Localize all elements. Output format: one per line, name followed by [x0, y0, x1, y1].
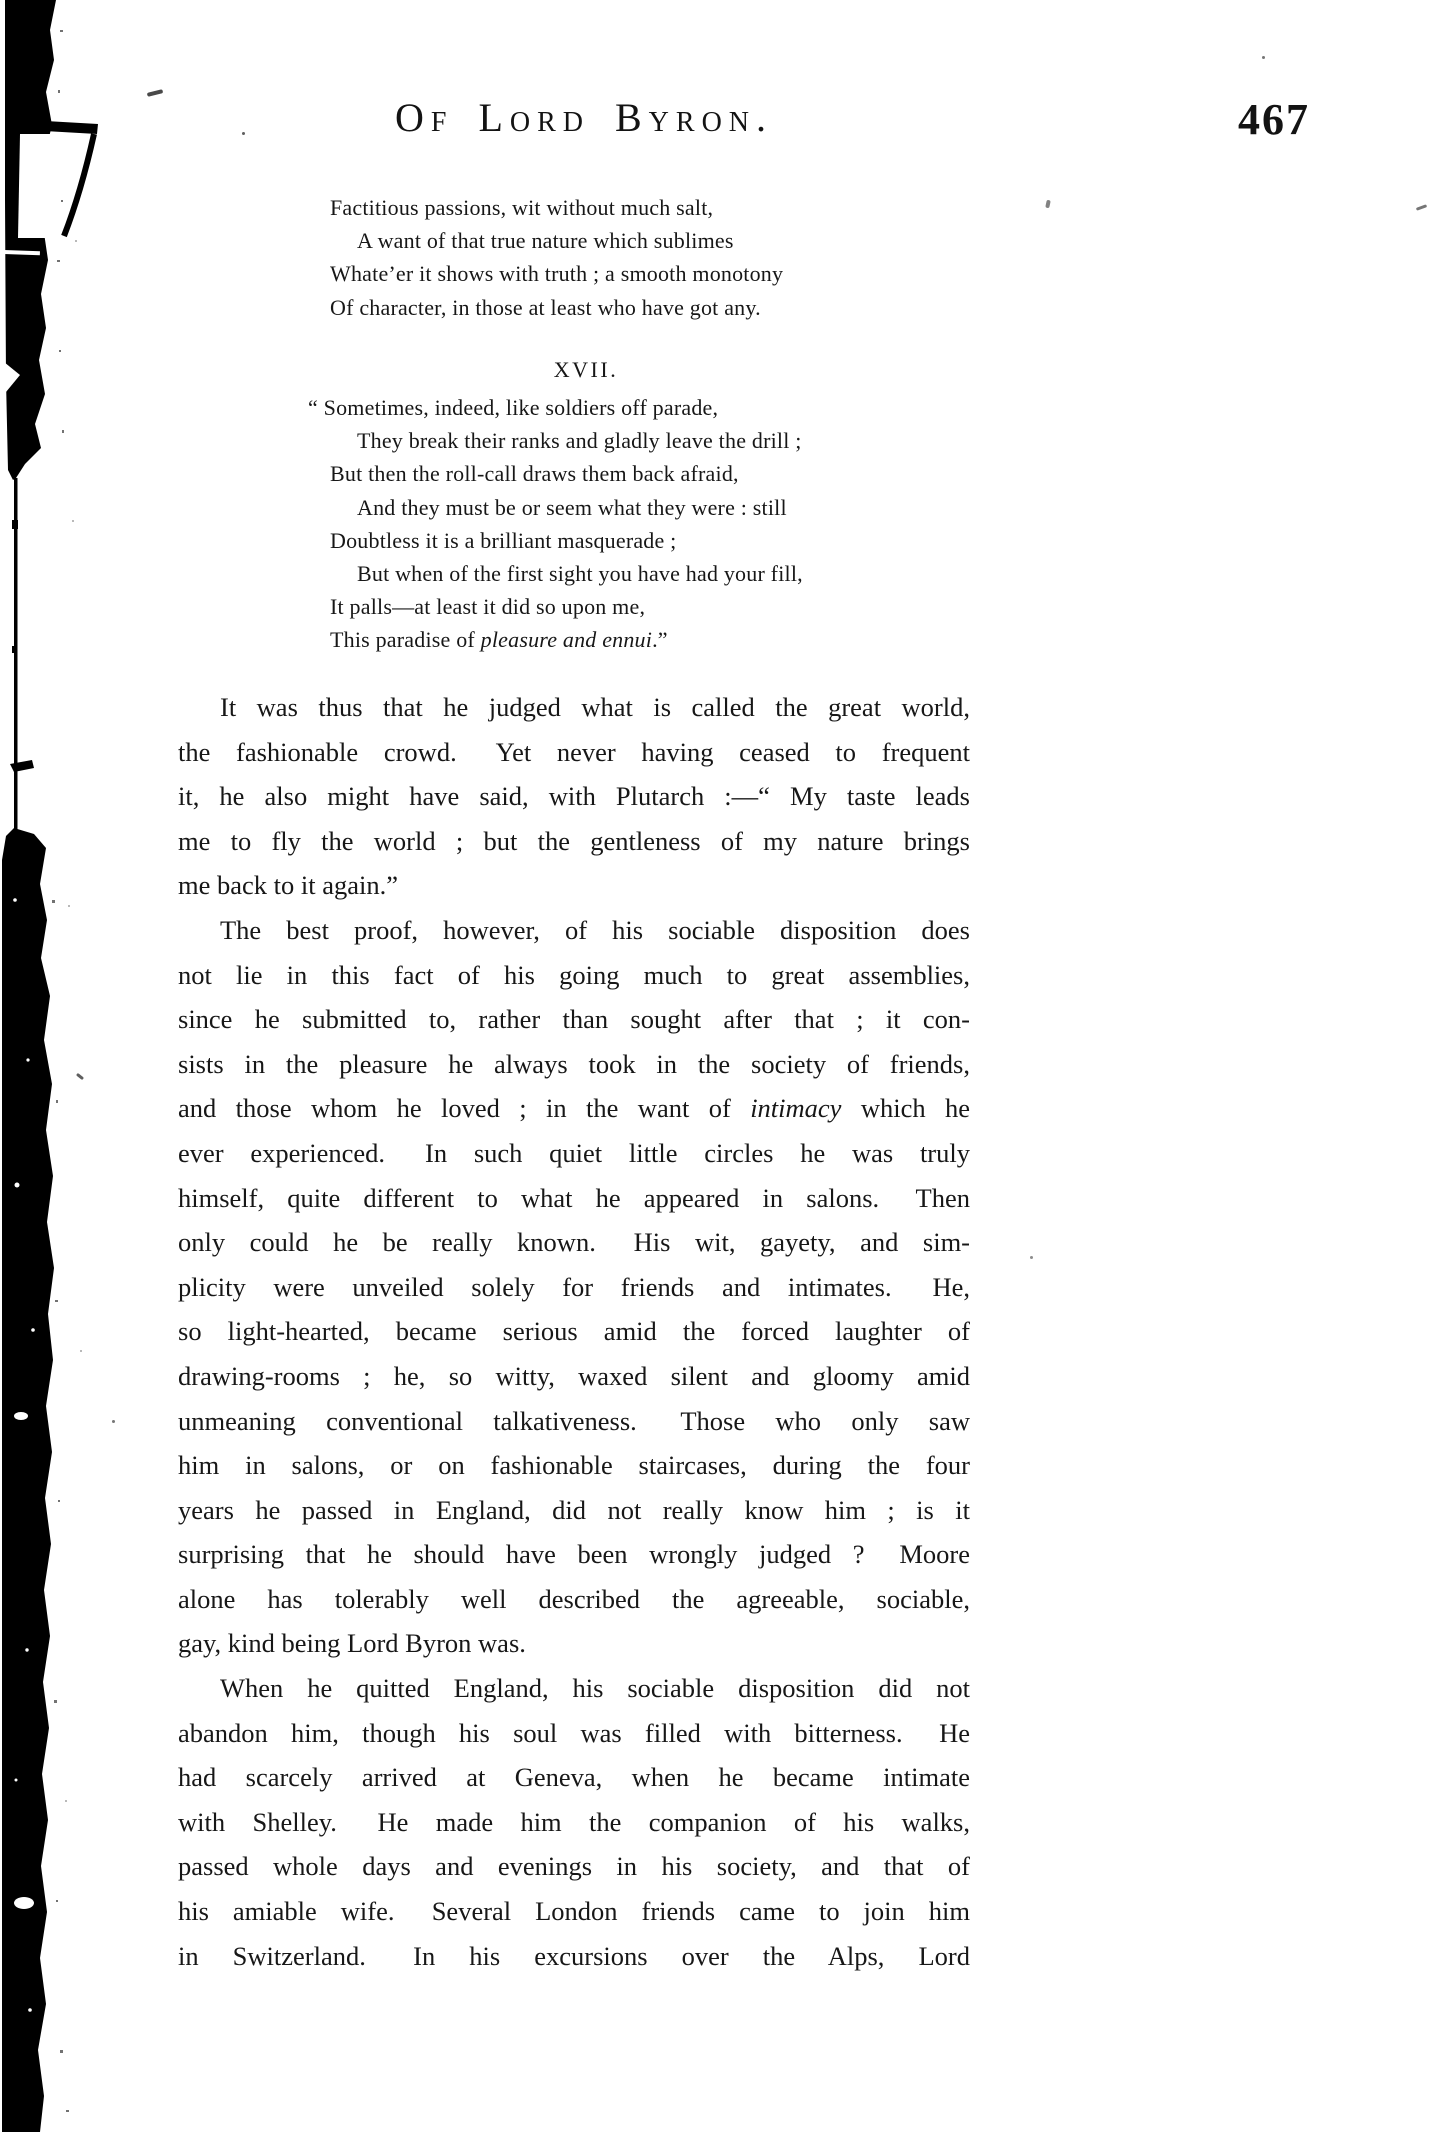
verse-line: Factitious passions, wit without much sa… — [330, 191, 1445, 224]
text-line: It was thus that he judged what is calle… — [178, 685, 970, 730]
text-line: surprising that he should have been wron… — [178, 1532, 970, 1577]
text-line: The best proof, however, of his sociable… — [178, 908, 970, 953]
ink-speck — [112, 1420, 115, 1423]
paper-fleck — [25, 1648, 28, 1651]
ink-speck — [1262, 56, 1265, 59]
verse-line: They break their ranks and gladly leave … — [357, 424, 1445, 457]
text-line: me back to it again.” — [178, 863, 970, 908]
paper-fleck — [13, 898, 17, 902]
text-line: so light-hearted, became serious amid th… — [178, 1309, 970, 1354]
text-line: in Switzerland. In his excursions over t… — [178, 1934, 970, 1979]
text-line: him in salons, or on fashionable stairca… — [178, 1443, 970, 1488]
paper-fleck — [15, 1183, 20, 1188]
text-line: plicity were unveiled solely for friends… — [178, 1265, 970, 1310]
text-line: not lie in this fact of his going much t… — [178, 953, 970, 998]
text-line: unmeaning conventional talkativeness. Th… — [178, 1399, 970, 1444]
verse-line: Doubtless it is a brilliant masquerade ; — [330, 524, 1445, 557]
verse-line: But when of the first sight you have had… — [357, 557, 1445, 590]
text-line: drawing-rooms ; he, so witty, waxed sile… — [178, 1354, 970, 1399]
text-line: his amiable wife. Several London friends… — [178, 1889, 970, 1934]
prose-block: It was thus that he judged what is calle… — [178, 685, 970, 1978]
text-line: and those whom he loved ; in the want of… — [178, 1086, 970, 1131]
ink-speck — [1030, 1256, 1033, 1259]
verse-line: But then the roll-call draws them back a… — [330, 457, 1445, 490]
text-line: gay, kind being Lord Byron was. — [178, 1621, 970, 1666]
verse-stanza-1: Factitious passions, wit without much sa… — [0, 191, 1445, 324]
paragraph: The best proof, however, of his sociable… — [178, 908, 970, 1666]
text-line: ever experienced. In such quiet little c… — [178, 1131, 970, 1176]
paper-fleck — [15, 1779, 18, 1782]
text-line: alone has tolerably well described the a… — [178, 1577, 970, 1622]
verse-line: Of character, in those at least who have… — [330, 291, 1445, 324]
text-line: When he quitted England, his sociable di… — [178, 1666, 970, 1711]
stanza-heading: XVII. — [190, 357, 982, 383]
page-number: 467 — [1238, 98, 1310, 142]
text-line: had scarcely arrived at Geneva, when he … — [178, 1755, 970, 1800]
ink-speck — [147, 89, 163, 97]
verse-stanza-2: “ Sometimes, indeed, like soldiers off p… — [0, 391, 1445, 657]
text-line: himself, quite different to what he appe… — [178, 1176, 970, 1221]
verse-line: This paradise of pleasure and ennui.” — [330, 623, 1445, 656]
paragraph: When he quitted England, his sociable di… — [178, 1666, 970, 1978]
text-line: abandon him, though his soul was filled … — [178, 1711, 970, 1756]
book-page-scan: Of Lord Byron. 467 Factitious passions, … — [0, 0, 1445, 2132]
paper-fleck — [31, 1328, 35, 1332]
paper-fleck — [26, 1058, 29, 1061]
verse-line: It palls—at least it did so upon me, — [330, 590, 1445, 623]
thread-flag — [10, 760, 34, 772]
text-line: sists in the pleasure he always took in … — [178, 1042, 970, 1087]
text-line: years he passed in England, did not real… — [178, 1488, 970, 1533]
paragraph: It was thus that he judged what is calle… — [178, 685, 970, 908]
text-line: passed whole days and evenings in his so… — [178, 1844, 970, 1889]
text-line: since he submitted to, rather than sough… — [178, 997, 970, 1042]
text-line: it, he also might have said, with Plutar… — [178, 774, 970, 819]
ink-speck — [242, 132, 245, 135]
text-line: with Shelley. He made him the companion … — [178, 1800, 970, 1845]
scan-noise — [52, 30, 82, 2112]
verse-line: And they must be or seem what they were … — [357, 491, 1445, 524]
paper-fleck — [28, 2008, 32, 2012]
text-line: the fashionable crowd. Yet never having … — [178, 730, 970, 775]
verse-line: A want of that true nature which sublime… — [357, 224, 1445, 257]
verse-line: “ Sometimes, indeed, like soldiers off p… — [308, 391, 1445, 424]
text-line: only could he be really known. His wit, … — [178, 1220, 970, 1265]
paper-fleck — [14, 1897, 34, 1909]
running-head: Of Lord Byron. — [188, 96, 980, 140]
paper-fleck — [14, 1412, 28, 1420]
verse-line: Whate’er it shows with truth ; a smooth … — [330, 257, 1445, 290]
binding-shadow-bottom — [2, 828, 54, 2132]
text-line: me to fly the world ; but the gentleness… — [178, 819, 970, 864]
